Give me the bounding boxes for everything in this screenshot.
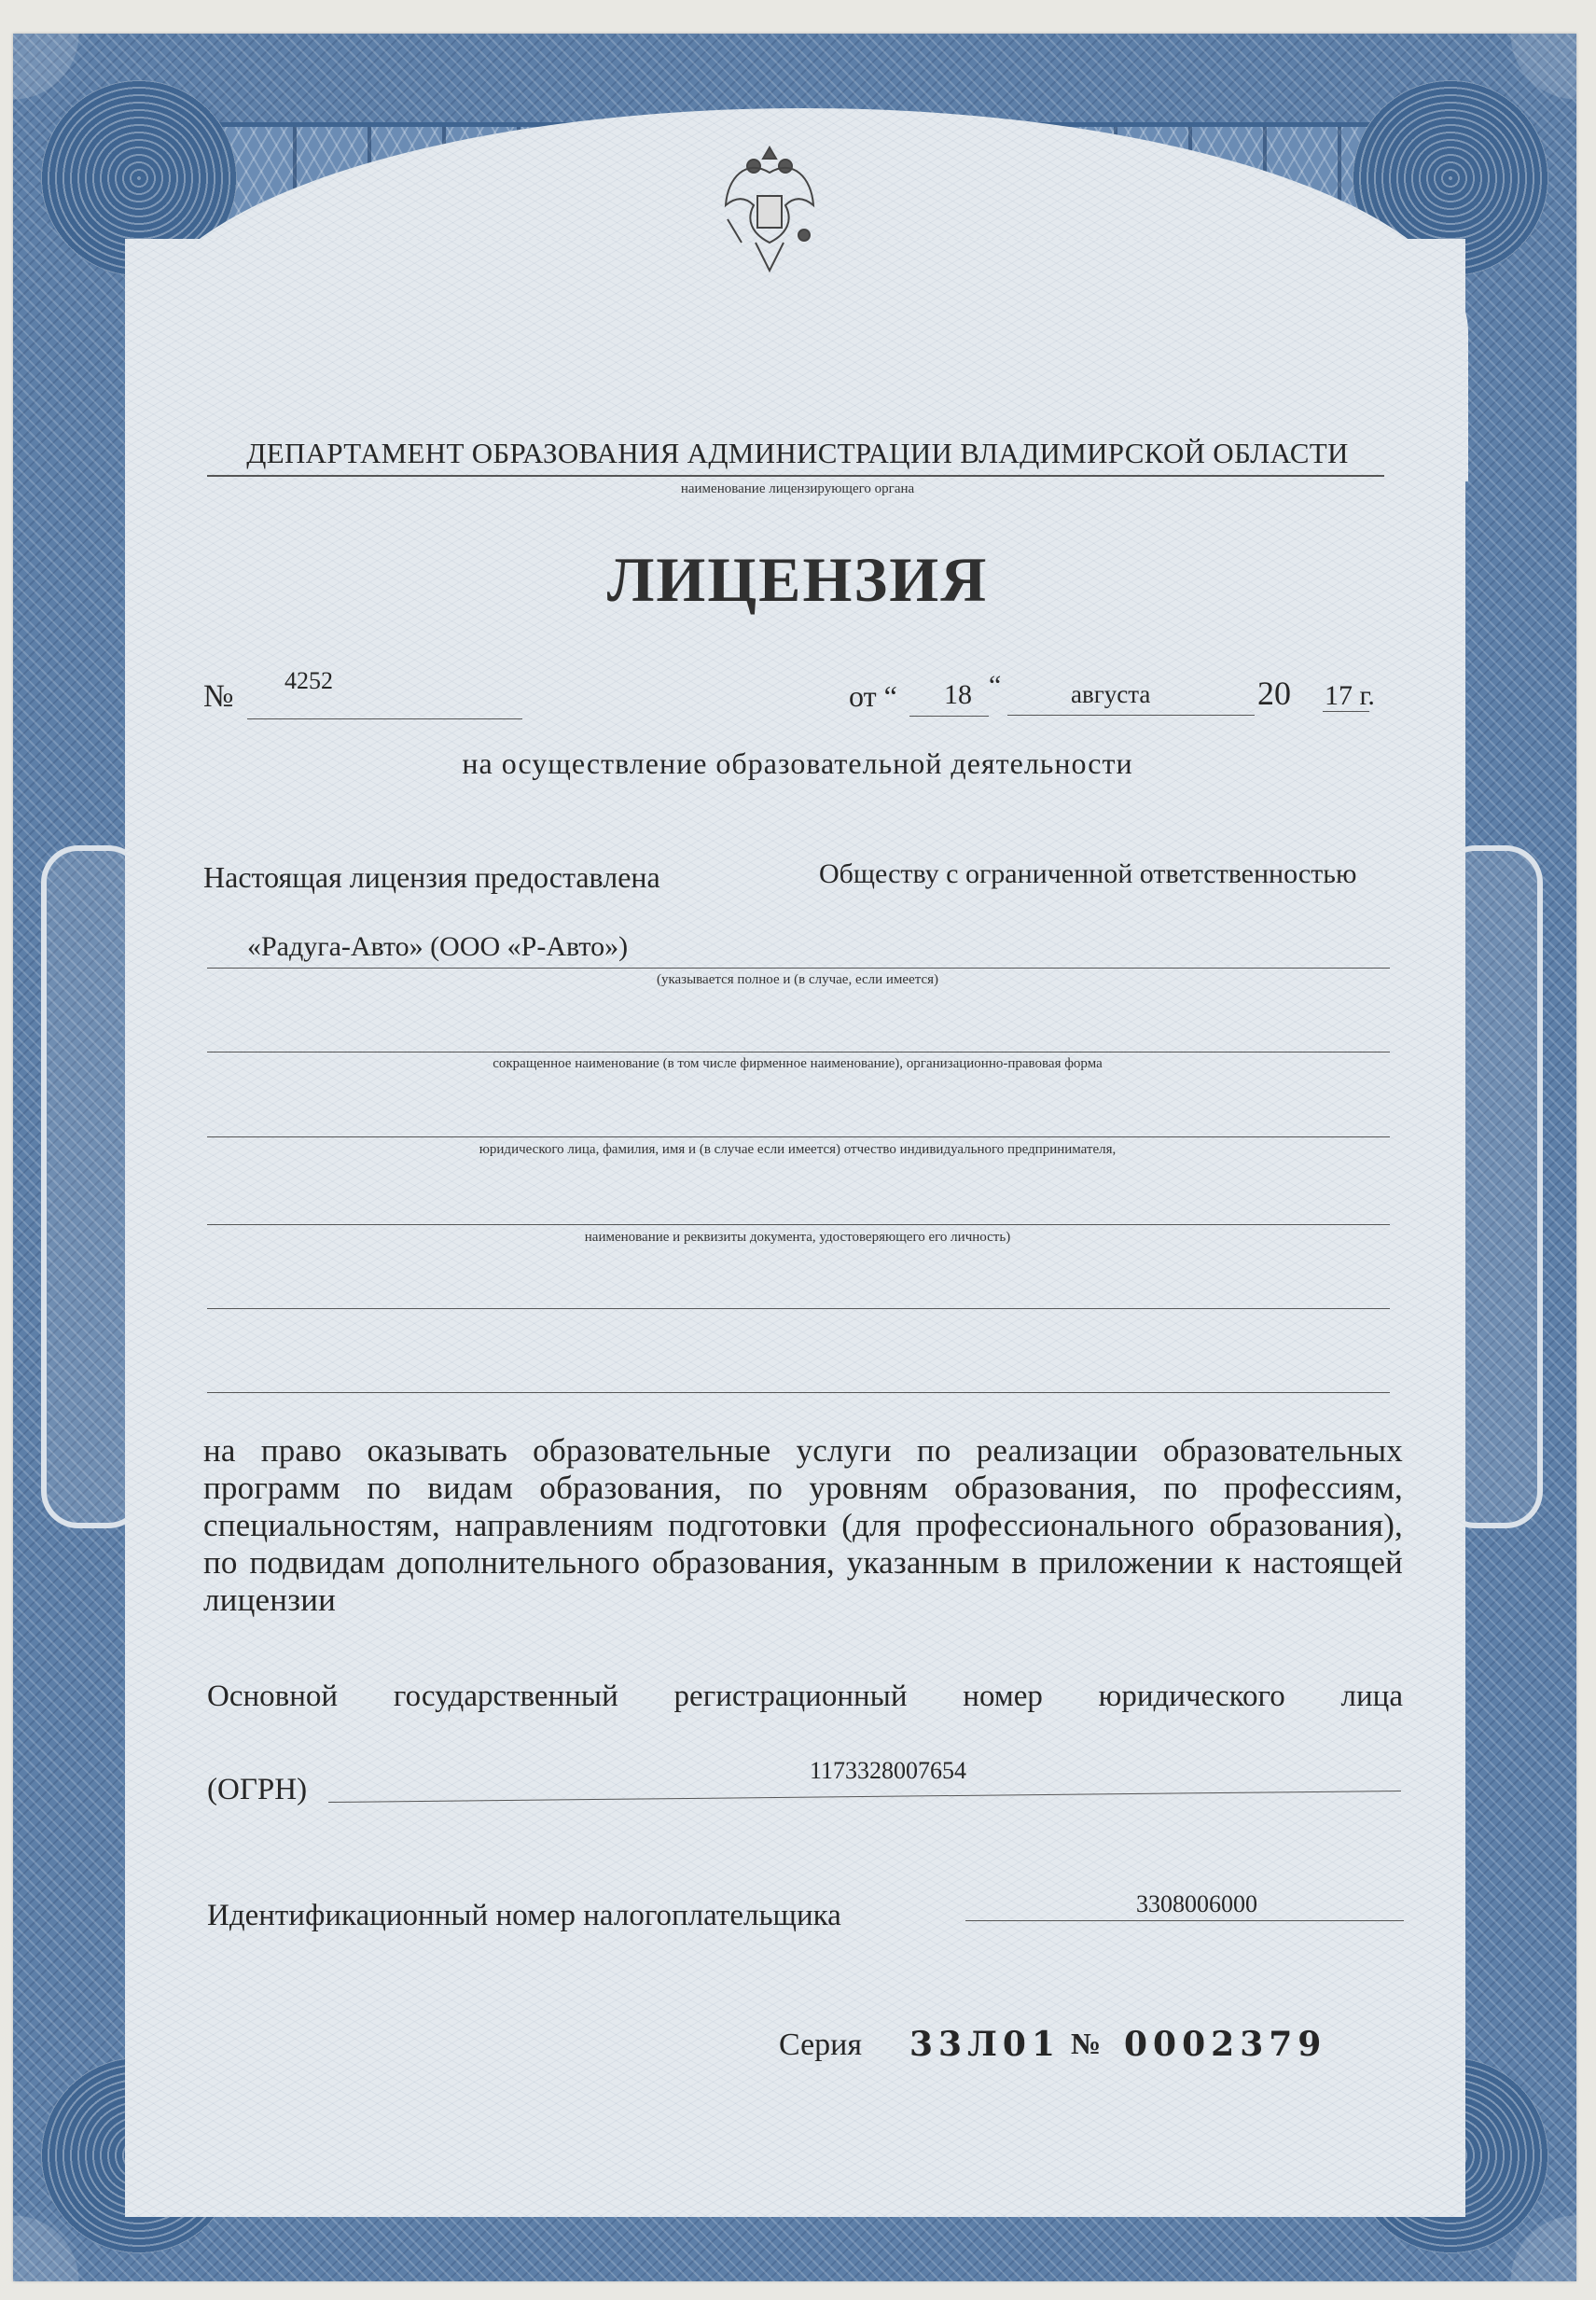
- ogrn-label: Основной государственный регистрационный…: [207, 1680, 1403, 1714]
- series-value: 33Л01: [909, 2025, 1061, 2064]
- ogrn-value: 1173328007654: [810, 1757, 966, 1785]
- licensee-caption: юридического лица, фамилия, имя и (в слу…: [205, 1142, 1390, 1158]
- rights-paragraph: на право оказывать образовательные услуг…: [203, 1432, 1403, 1619]
- inn-label: Идентификационный номер налогоплательщик…: [207, 1899, 841, 1933]
- divider: [207, 1308, 1390, 1309]
- licensee-name-line2: «Радуга-Авто» (ООО «Р-Авто»): [247, 931, 628, 963]
- inn-value: 3308006000: [1136, 1890, 1257, 1918]
- licensee-caption: наименование и реквизиты документа, удос…: [205, 1230, 1390, 1246]
- activity-type: на осуществление образовательной деятель…: [205, 746, 1390, 781]
- granted-label: Настоящая лицензия предоставлена: [203, 860, 660, 895]
- date-from-label: от “: [849, 679, 897, 714]
- divider: [207, 968, 1390, 969]
- divider: [1323, 711, 1369, 712]
- divider: [207, 1136, 1390, 1137]
- license-number: 4252: [285, 667, 333, 695]
- authority-caption: наименование лицензирующего органа: [205, 481, 1390, 497]
- date-century: 20: [1257, 674, 1291, 713]
- date-year: 17 г.: [1325, 680, 1375, 712]
- date-quote: “: [989, 670, 1001, 702]
- ogrn-abbr-label: (ОГРН): [207, 1773, 307, 1807]
- number-label: №: [203, 679, 233, 715]
- divider: [207, 1052, 1390, 1052]
- coat-of-arms-icon: [718, 131, 821, 280]
- divider: [909, 716, 989, 717]
- licensing-authority: ДЕПАРТАМЕНТ ОБРАЗОВАНИЯ АДМИНИСТРАЦИИ ВЛ…: [205, 437, 1390, 470]
- licensee-name-line1: Обществу с ограниченной ответственностью: [819, 858, 1356, 890]
- licensee-caption: (указывается полное и (в случае, если им…: [205, 972, 1390, 988]
- divider: [207, 1392, 1390, 1393]
- series-number: 0002379: [1124, 2025, 1326, 2064]
- series-number-label: №: [1071, 2027, 1101, 2061]
- divider: [1007, 715, 1255, 716]
- licensee-caption: сокращенное наименование (в том числе фи…: [205, 1056, 1390, 1072]
- divider: [247, 718, 522, 719]
- document-title: ЛИЦЕНЗИЯ: [205, 543, 1390, 617]
- divider: [207, 1224, 1390, 1225]
- divider: [207, 475, 1384, 477]
- date-day: 18: [944, 679, 972, 711]
- divider: [965, 1920, 1404, 1921]
- series-label: Серия: [779, 2028, 862, 2063]
- date-month: августа: [1071, 680, 1150, 709]
